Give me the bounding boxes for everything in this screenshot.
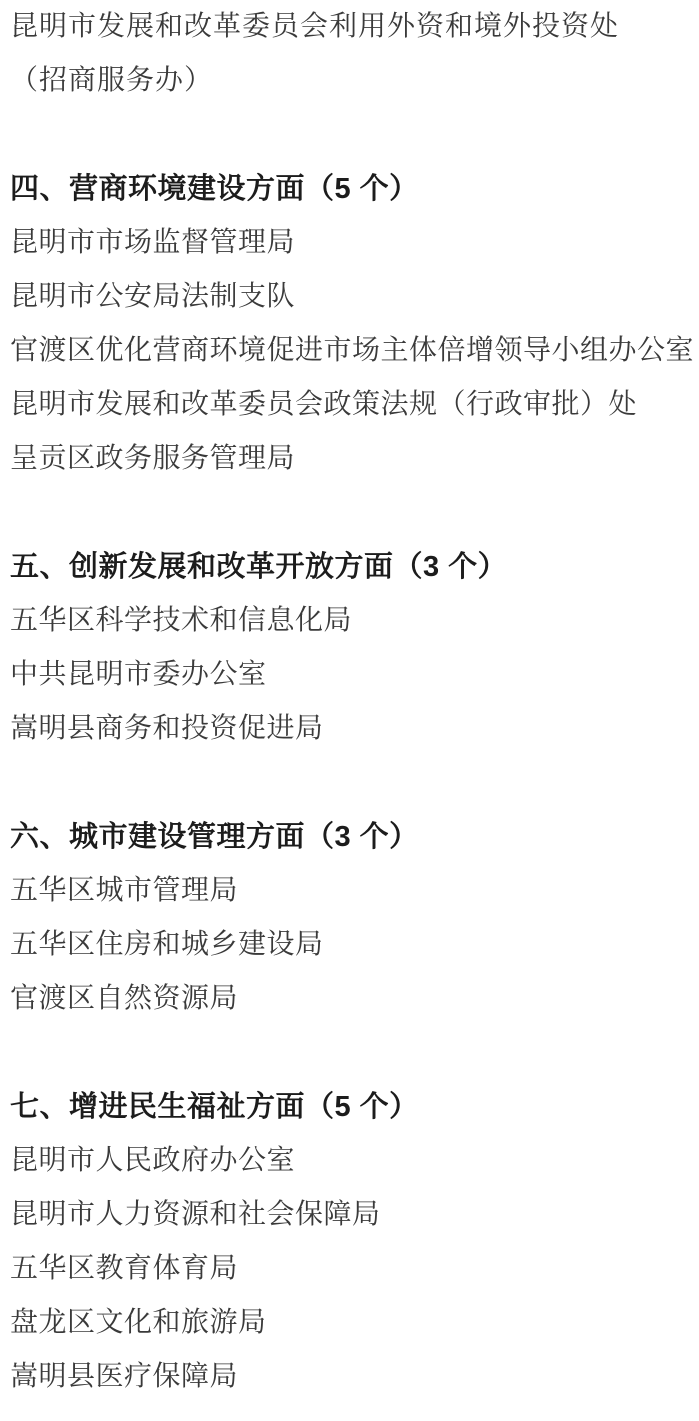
department-item: 五华区住房和城乡建设局 xyxy=(10,918,695,972)
department-item: 昆明市公安局法制支队 xyxy=(10,270,695,324)
section-heading: 七、增进民生福祉方面（5 个） xyxy=(10,1080,695,1134)
section: 六、城市建设管理方面（3 个） 五华区城市管理局 五华区住房和城乡建设局 官渡区… xyxy=(10,810,695,1026)
department-item: 五华区城市管理局 xyxy=(10,864,695,918)
department-item: 昆明市人民政府办公室 xyxy=(10,1134,695,1188)
section-heading: 六、城市建设管理方面（3 个） xyxy=(10,810,695,864)
department-item: 嵩明县医疗保障局 xyxy=(10,1350,695,1404)
section-heading: 五、创新发展和改革开放方面（3 个） xyxy=(10,540,695,594)
section-items: 昆明市市场监督管理局 昆明市公安局法制支队 官渡区优化营商环境促进市场主体倍增领… xyxy=(10,216,695,486)
department-item: 呈贡区政务服务管理局 xyxy=(10,432,695,486)
department-item: 盘龙区文化和旅游局 xyxy=(10,1296,695,1350)
section: 七、增进民生福祉方面（5 个） 昆明市人民政府办公室 昆明市人力资源和社会保障局… xyxy=(10,1080,695,1404)
section-items: 五华区城市管理局 五华区住房和城乡建设局 官渡区自然资源局 xyxy=(10,864,695,1026)
intro-paragraph: 昆明市发展和改革委员会利用外资和境外投资处 （招商服务办） xyxy=(10,0,695,108)
department-item: 中共昆明市委办公室 xyxy=(10,648,695,702)
section: 五、创新发展和改革开放方面（3 个） 五华区科学技术和信息化局 中共昆明市委办公… xyxy=(10,540,695,756)
department-item: 五华区科学技术和信息化局 xyxy=(10,594,695,648)
department-item: 官渡区自然资源局 xyxy=(10,972,695,1026)
intro-line: 昆明市发展和改革委员会利用外资和境外投资处 xyxy=(10,0,695,54)
section-items: 昆明市人民政府办公室 昆明市人力资源和社会保障局 五华区教育体育局 盘龙区文化和… xyxy=(10,1134,695,1404)
section-items: 五华区科学技术和信息化局 中共昆明市委办公室 嵩明县商务和投资促进局 xyxy=(10,594,695,756)
department-item: 昆明市市场监督管理局 xyxy=(10,216,695,270)
sections: 四、营商环境建设方面（5 个） 昆明市市场监督管理局 昆明市公安局法制支队 官渡… xyxy=(10,162,695,1404)
section-heading: 四、营商环境建设方面（5 个） xyxy=(10,162,695,216)
department-item: 昆明市发展和改革委员会政策法规（行政审批）处 xyxy=(10,378,695,432)
department-item: 官渡区优化营商环境促进市场主体倍增领导小组办公室 xyxy=(10,324,695,378)
intro-line: （招商服务办） xyxy=(10,54,695,108)
department-item: 昆明市人力资源和社会保障局 xyxy=(10,1188,695,1242)
document-page: 昆明市发展和改革委员会利用外资和境外投资处 （招商服务办） 四、营商环境建设方面… xyxy=(0,0,699,1421)
department-item: 嵩明县商务和投资促进局 xyxy=(10,702,695,756)
department-item: 五华区教育体育局 xyxy=(10,1242,695,1296)
section: 四、营商环境建设方面（5 个） 昆明市市场监督管理局 昆明市公安局法制支队 官渡… xyxy=(10,162,695,486)
